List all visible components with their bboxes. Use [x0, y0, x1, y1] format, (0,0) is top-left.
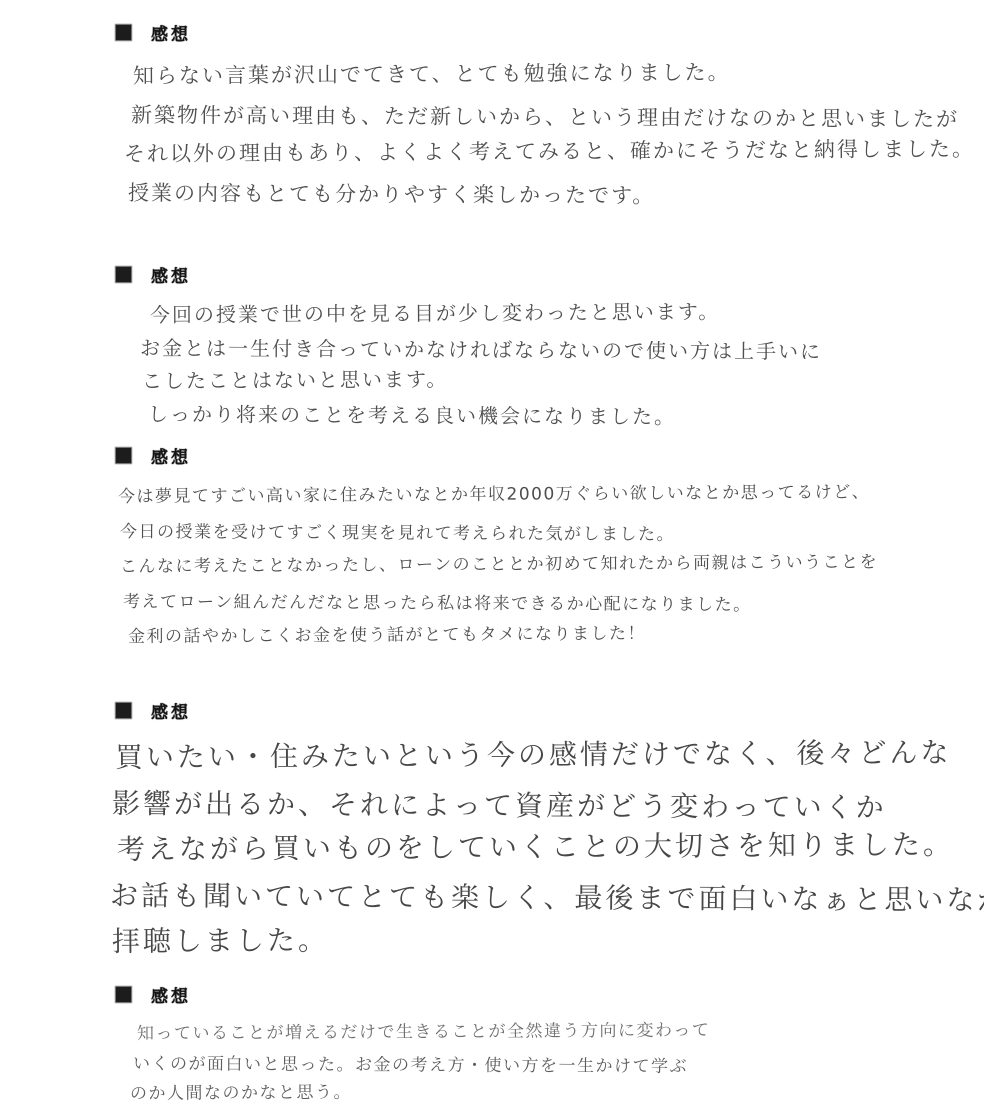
section-label: 感想 — [151, 262, 191, 287]
handwritten-paragraph: 今回の授業で世の中を見る目が少し変わったと思います。 お金とは一生付き合っていか… — [0, 299, 984, 431]
handwritten-paragraph: 知っていることが増えるだけで生きることが全然違う方向に変わって いくのが面白いと… — [0, 1019, 984, 1108]
black-square-bullet-icon — [116, 25, 131, 40]
section-header: 感想 — [116, 698, 984, 723]
black-square-bullet-icon — [116, 448, 131, 463]
handwritten-line: こしたことはないと思います。 — [142, 360, 984, 398]
feedback-section-4: 感想 買いたい・住みたいという今の感情だけでなく、後々どんな 影響が出るか、それ… — [0, 698, 984, 965]
handwritten-line: それ以外の理由もあり、よくよく考えてみると、確かにそうだなと納得しました。 — [124, 130, 984, 174]
section-header: 感想 — [116, 262, 984, 287]
handwritten-line: こんなに考えたことなかったし、ローンのこととか初めて知れたから両親はこういうこと… — [120, 545, 984, 585]
section-header: 感想 — [116, 443, 984, 468]
handwritten-line: 金利の話やかしこくお金を使う話がとてもタメになりました！ — [128, 615, 984, 655]
handwritten-line: 授業の内容もとても分かりやすく楽しかったです。 — [128, 174, 984, 217]
handwritten-line: のか人間なのかなと思う。 — [130, 1074, 984, 1108]
feedback-section-5: 感想 知っていることが増えるだけで生きることが全然違う方向に変わって いくのが面… — [0, 982, 984, 1108]
section-label: 感想 — [151, 698, 191, 723]
handwritten-paragraph: 今は夢見てすごい高い家に住みたいなとか年収2000万ぐらい欲しいなとか思ってるけ… — [0, 480, 984, 655]
handwritten-paragraph: 知らない言葉が沢山でてきて、とても勉強になりました。 新築物件が高い理由も、ただ… — [0, 57, 984, 213]
handwritten-line: しっかり将来のことを考える良い機会になりました。 — [148, 398, 984, 435]
handwritten-line: 知らない言葉が沢山でてきて、とても勉強になりました。 — [133, 52, 984, 96]
section-header: 感想 — [116, 982, 984, 1007]
handwritten-line: 考えながら買いものをしていくことの大切さを知りました。 — [117, 822, 984, 873]
feedback-section-1: 感想 知らない言葉が沢山でてきて、とても勉強になりました。 新築物件が高い理由も… — [0, 20, 984, 213]
feedback-section-3: 感想 今は夢見てすごい高い家に住みたいなとか年収2000万ぐらい欲しいなとか思っ… — [0, 443, 984, 655]
handwritten-paragraph: 買いたい・住みたいという今の感情だけでなく、後々どんな 影響が出るか、それによっ… — [0, 735, 984, 965]
section-label: 感想 — [151, 982, 191, 1007]
handwritten-line: 買いたい・住みたいという今の感情だけでなく、後々どんな — [115, 730, 984, 781]
feedback-section-2: 感想 今回の授業で世の中を見る目が少し変わったと思います。 お金とは一生付き合っ… — [0, 262, 984, 431]
section-header: 感想 — [116, 20, 984, 45]
section-label: 感想 — [151, 20, 191, 45]
handwritten-line: 拝聴しました。 — [112, 914, 984, 965]
black-square-bullet-icon — [116, 703, 131, 718]
black-square-bullet-icon — [116, 987, 131, 1002]
scanned-feedback-page: 感想 知らない言葉が沢山でてきて、とても勉強になりました。 新築物件が高い理由も… — [0, 0, 984, 1108]
handwritten-line: 知っていることが増えるだけで生きることが全然違う方向に変わって — [137, 1014, 984, 1049]
handwritten-line: 今回の授業で世の中を見る目が少し変わったと思います。 — [150, 294, 984, 332]
black-square-bullet-icon — [116, 267, 131, 282]
section-label: 感想 — [151, 443, 191, 468]
handwritten-line: 今は夢見てすごい高い家に住みたいなとか年収2000万ぐらい欲しいなとか思ってるけ… — [118, 475, 984, 515]
